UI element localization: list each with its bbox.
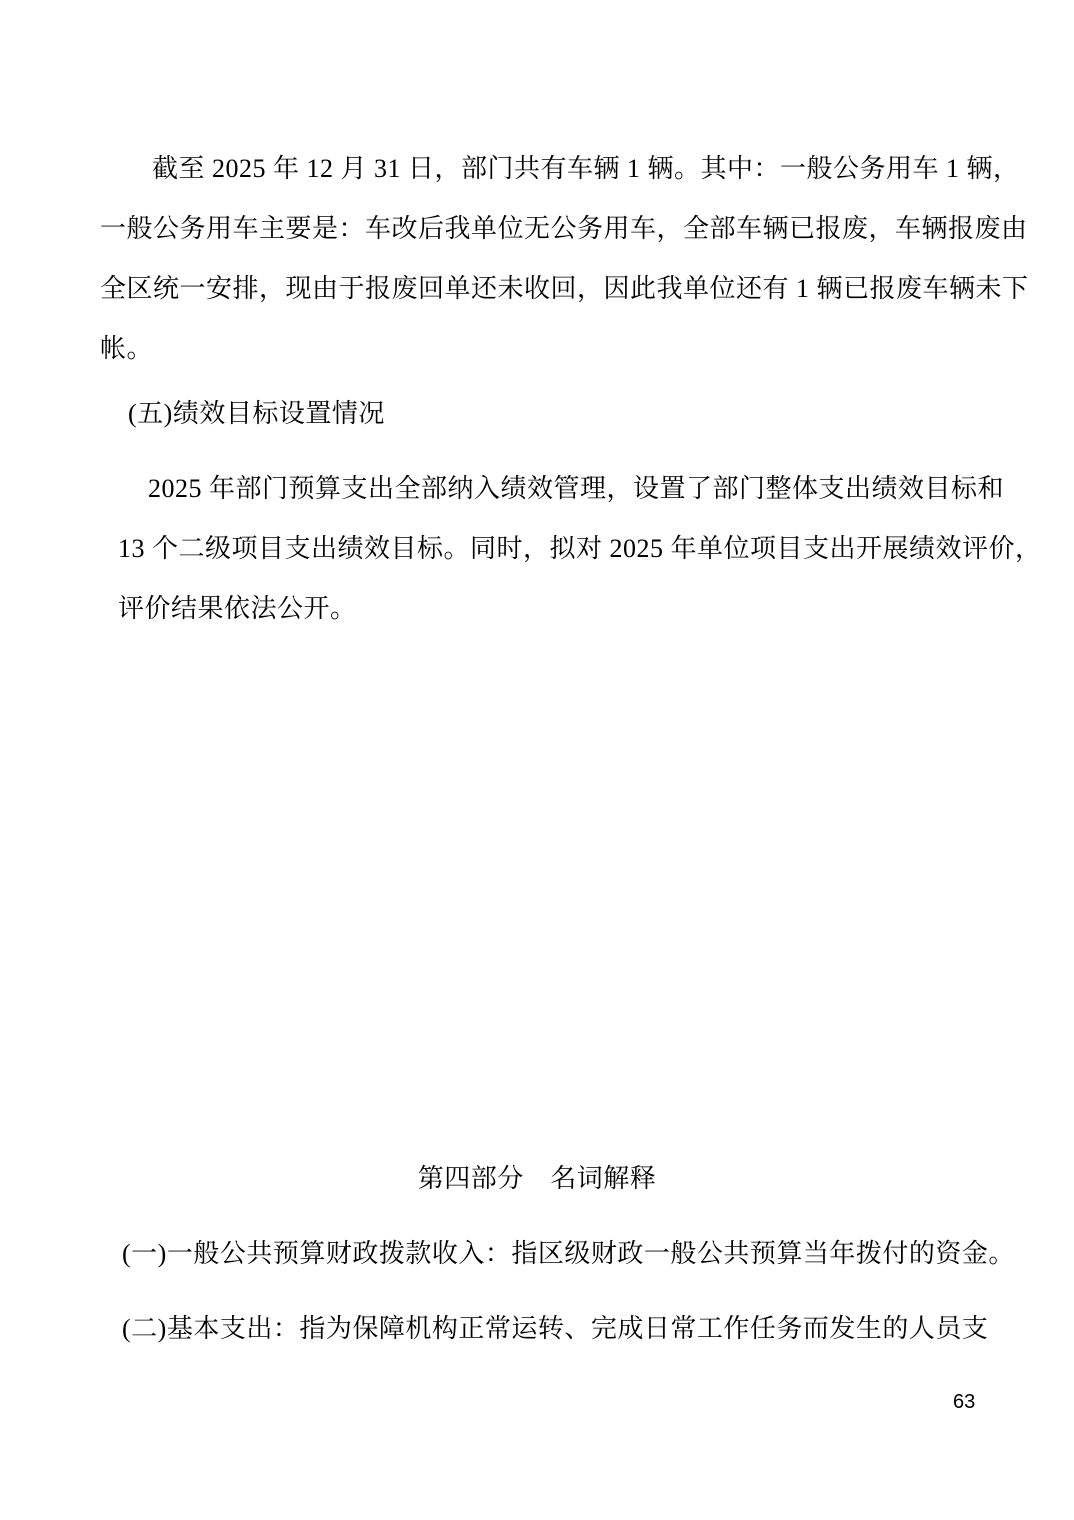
text-line: 帐。	[100, 319, 980, 379]
text-line: 13 个二级项目支出绩效目标。同时，拟对 2025 年单位项目支出开展绩效评价，	[118, 519, 993, 579]
text-line: 截至 2025 年 12 月 31 日，部门共有车辆 1 辆。其中：一般公务用车…	[100, 139, 980, 199]
text-line: (一)一般公共预算财政拨款收入：指区级财政一般公共预算当年拨付的资金。	[100, 1224, 1060, 1284]
text-line: 全区统一安排，现由于报废回单还未收回，因此我单位还有 1 辆已报废车辆未下	[100, 259, 980, 319]
definition-income: (一)一般公共预算财政拨款收入：指区级财政一般公共预算当年拨付的资金。	[100, 1224, 1060, 1284]
subsection-heading-performance: (五)绩效目标设置情况	[100, 384, 980, 444]
text-line: (五)绩效目标设置情况	[100, 384, 980, 444]
paragraph-vehicles: 截至 2025 年 12 月 31 日，部门共有车辆 1 辆。其中：一般公务用车…	[100, 139, 980, 379]
text-line: 2025 年部门预算支出全部纳入绩效管理，设置了部门整体支出绩效目标和	[118, 459, 993, 519]
document-page: 截至 2025 年 12 月 31 日，部门共有车辆 1 辆。其中：一般公务用车…	[0, 0, 1074, 1520]
definition-basic-expenditure: (二)基本支出：指为保障机构正常运转、完成日常工作任务而发生的人员支	[100, 1299, 1060, 1359]
heading-text: 第四部分 名词解释	[0, 1149, 1074, 1209]
section-heading-part4: 第四部分 名词解释	[0, 1149, 1074, 1209]
text-line: 评价结果依法公开。	[118, 579, 993, 639]
text-line: (二)基本支出：指为保障机构正常运转、完成日常工作任务而发生的人员支	[100, 1299, 1060, 1359]
text-line: 一般公务用车主要是：车改后我单位无公务用车，全部车辆已报废，车辆报废由	[100, 199, 980, 259]
page-number: 63	[953, 1388, 993, 1416]
paragraph-performance: 2025 年部门预算支出全部纳入绩效管理，设置了部门整体支出绩效目标和 13 个…	[118, 459, 993, 639]
